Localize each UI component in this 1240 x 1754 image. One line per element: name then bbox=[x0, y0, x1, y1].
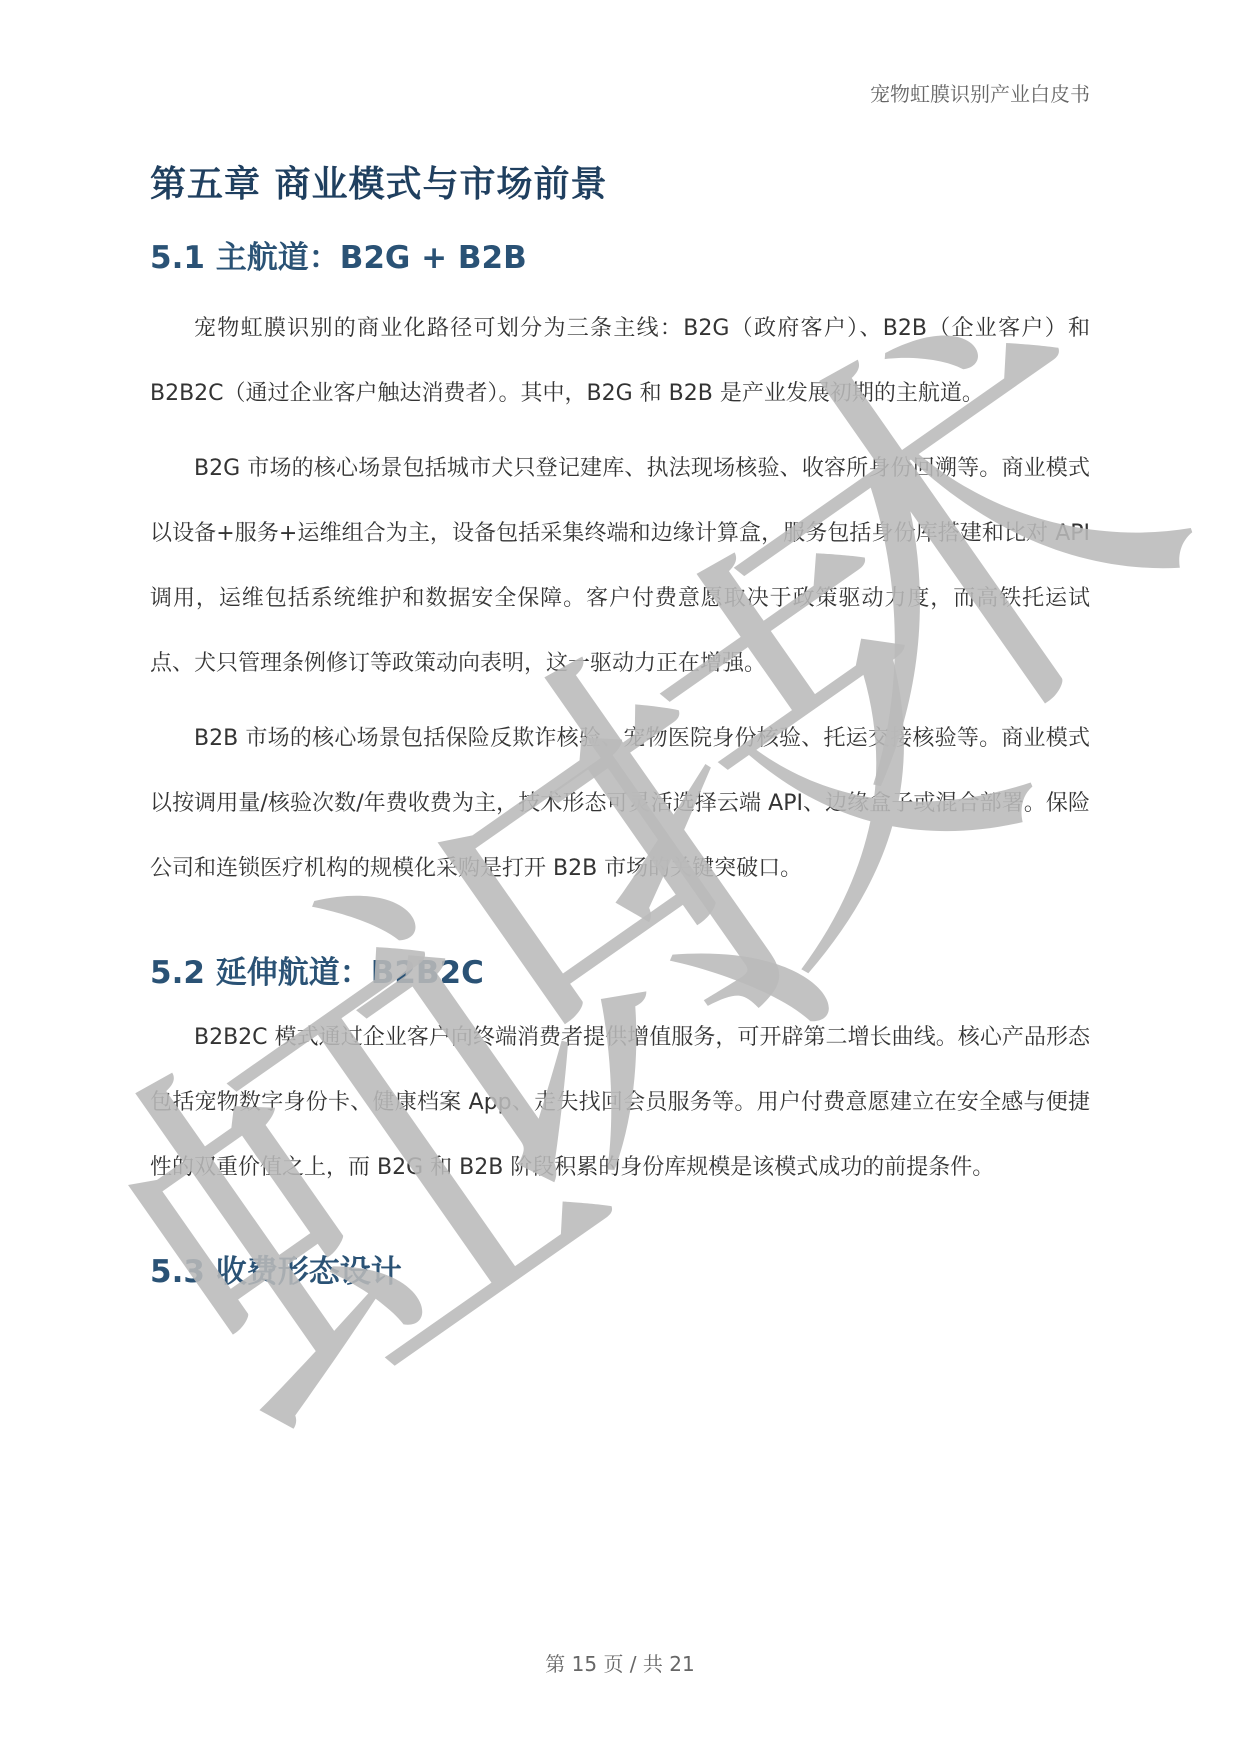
running-header: 宠物虹膜识别产业白皮书 bbox=[870, 78, 1090, 107]
paragraph: B2B 市场的核心场景包括保险反欺诈核验、宠物医院身份核验、托运交接核验等。商业… bbox=[150, 706, 1090, 901]
section-title-5-3: 5.3 收费形态设计 bbox=[150, 1242, 1090, 1302]
paragraph: B2B2C 模式通过企业客户向终端消费者提供增值服务，可开辟第二增长曲线。核心产… bbox=[150, 1005, 1090, 1200]
section-title-5-1: 5.1 主航道：B2G + B2B bbox=[150, 228, 1090, 288]
paragraph: 宠物虹膜识别的商业化路径可划分为三条主线：B2G（政府客户）、B2B（企业客户）… bbox=[150, 296, 1090, 426]
section-title-5-2: 5.2 延伸航道：B2B2C bbox=[150, 943, 1090, 1003]
paragraph: B2G 市场的核心场景包括城市犬只登记建库、执法现场核验、收容所身份回溯等。商业… bbox=[150, 436, 1090, 696]
document-page: 宠物虹膜识别产业白皮书 第五章 商业模式与市场前景 5.1 主航道：B2G + … bbox=[0, 0, 1240, 1754]
page-content: 第五章 商业模式与市场前景 5.1 主航道：B2G + B2B 宠物虹膜识别的商… bbox=[150, 150, 1090, 1302]
chapter-title: 第五章 商业模式与市场前景 bbox=[150, 150, 1090, 220]
page-number: 第 15 页 / 共 21 bbox=[0, 1648, 1240, 1677]
